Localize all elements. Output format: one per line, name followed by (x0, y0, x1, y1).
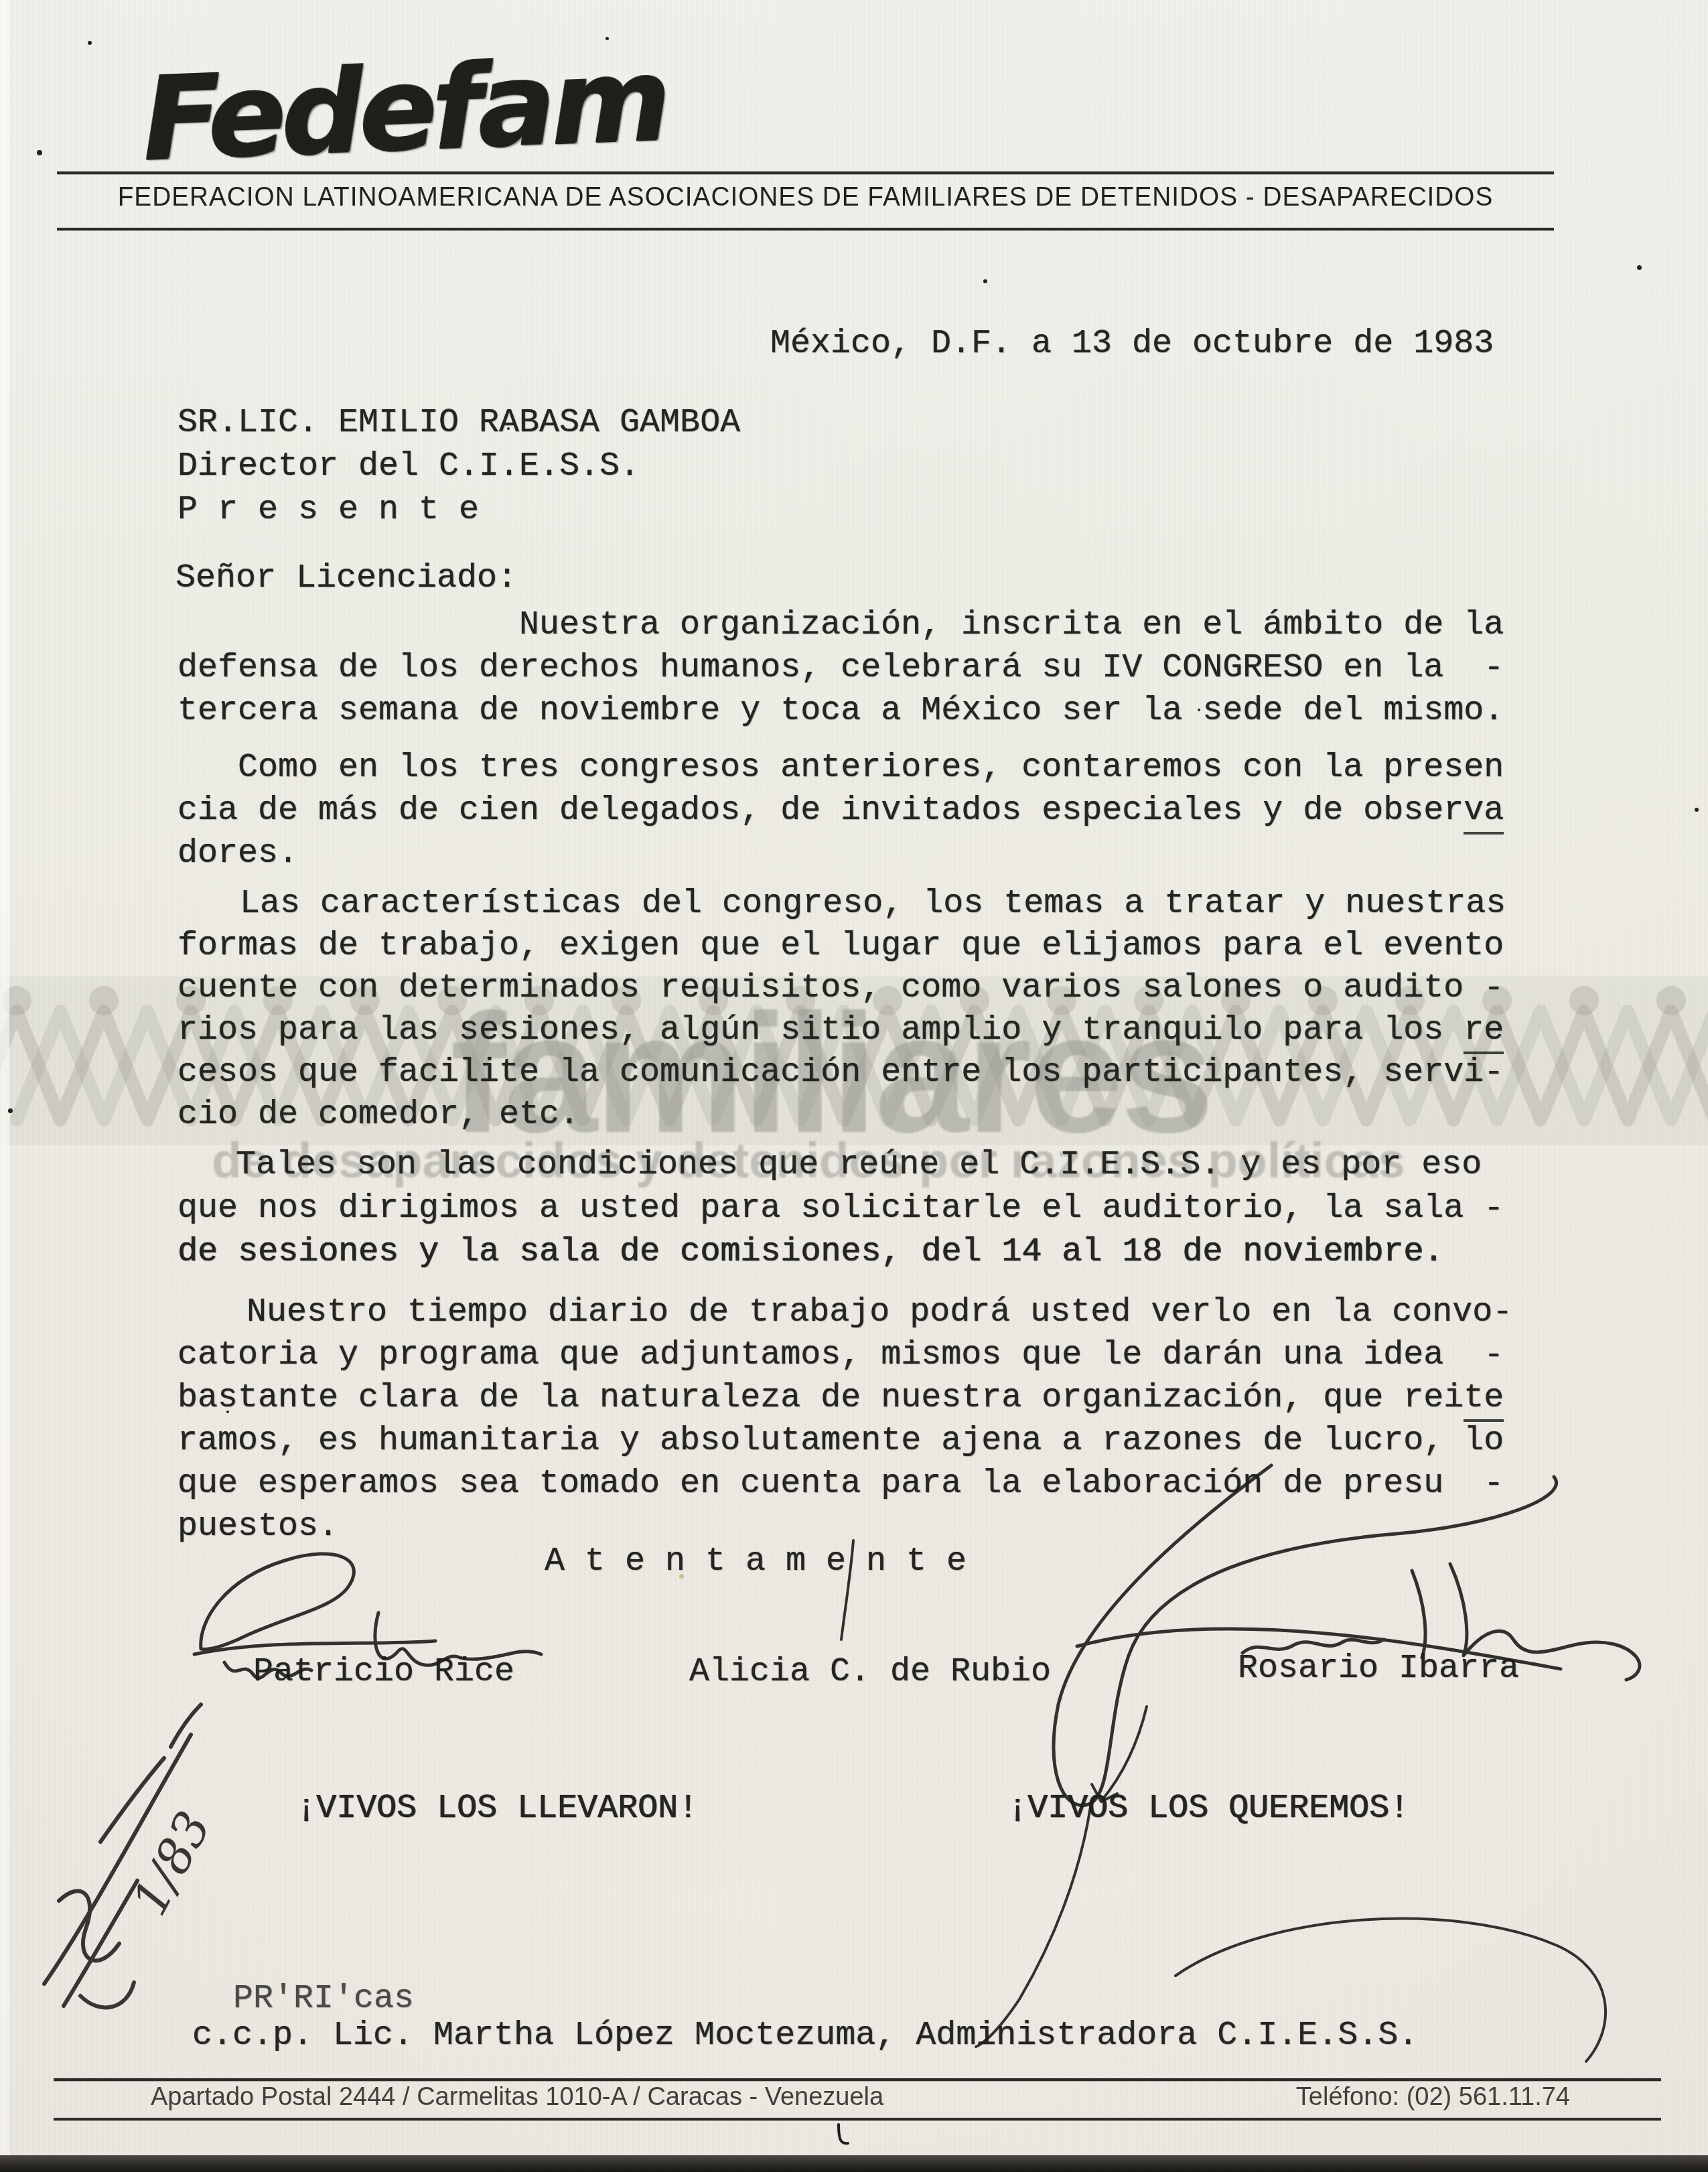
body-line: cia de más de cien delegados, de invitad… (177, 790, 1504, 832)
ink-speck (226, 1410, 229, 1413)
ink-speck (88, 41, 92, 45)
signer-name-alicia-de-rubio: Alicia C. de Rubio (689, 1651, 1051, 1693)
recipient-line-3: P r e s e n t e (177, 489, 479, 531)
footer-rule-bottom (54, 2118, 1661, 2120)
handwritten-note: 1/83 (44, 1705, 222, 2007)
body-line: dores. (177, 832, 298, 875)
body-line: cesos que facilite la comunicación entre… (177, 1052, 1504, 1094)
cc-line: c.c.p. Lic. Martha López Moctezuma, Admi… (192, 2015, 1418, 2057)
typist-initials: PR'RI'cas (233, 1978, 414, 2020)
body-line: que esperamos sea tomado en cuenta para … (177, 1463, 1504, 1505)
body-line: Nuestra organización, inscrita en el ámb… (519, 604, 1504, 646)
ink-speck (606, 37, 609, 40)
body-line: de sesiones y la sala de comisiones, del… (177, 1231, 1443, 1273)
body-line: catoria y programa que adjuntamos, mismo… (177, 1334, 1504, 1376)
footer-phone: Teléfono: (02) 561.11.74 (1296, 2083, 1570, 2112)
ink-speck (507, 427, 510, 430)
ink-speck (1637, 265, 1642, 270)
salutation: Señor Licenciado: (175, 557, 517, 599)
body-line: Tales son las condiciones que reúne el C… (236, 1144, 1482, 1186)
fedefam-logo: Fedefam (139, 31, 668, 186)
ink-speck (8, 1108, 13, 1113)
ink-speck (1695, 808, 1699, 812)
header-rule-top (57, 171, 1554, 174)
recipient-line-1: SR.LIC. EMILIO RABASA GAMBOA (177, 402, 740, 444)
body-line: bastante clara de la naturaleza de nuest… (177, 1377, 1504, 1419)
body-line: ramos, es humanitaria y absolutamente aj… (177, 1420, 1504, 1462)
footer-address: Apartado Postal 2444 / Carmelitas 1010-A… (151, 2083, 883, 2112)
ink-speck (37, 150, 42, 155)
body-line: defensa de los derechos humanos, celebra… (177, 647, 1504, 689)
body-line: cuente con determinados requisitos, como… (177, 967, 1504, 1009)
handwritten-note-text: 1/83 (121, 1802, 222, 1924)
body-line: cio de comedor, etc. (177, 1094, 579, 1136)
bottom-scan-band (0, 2155, 1708, 2172)
body-line: puestos. (177, 1506, 338, 1548)
scan-mark (839, 2124, 848, 2143)
dateline: México, D.F. a 13 de octubre de 1983 (770, 323, 1494, 365)
body-line: Las características del congreso, los te… (240, 883, 1506, 925)
footer-rule-top (54, 2078, 1661, 2081)
signer-name-rosario-ibarra: Rosario Ibarra (1238, 1648, 1519, 1690)
signer-name-patricio-rice: Patricio Rice (253, 1651, 514, 1693)
recipient-line-2: Director del C.I.E.S.S. (177, 445, 640, 488)
body-line: rios para las sesiones, algún sitio ampl… (177, 1009, 1504, 1052)
org-name: FEDERACION LATINOAMERICANA DE ASOCIACION… (80, 182, 1532, 212)
header-rule-bottom (57, 228, 1554, 230)
closing: A t e n t a m e n t e (545, 1540, 967, 1583)
body-line: Como en los tres congresos anteriores, c… (238, 747, 1504, 789)
ink-speck (162, 107, 169, 114)
slogan-left: ¡VIVOS LOS LLEVARON! (296, 1788, 698, 1830)
body-line: formas de trabajo, exigen que el lugar q… (177, 925, 1504, 967)
scan-left-edge (0, 0, 9, 2172)
ink-speck (983, 279, 987, 283)
body-line: tercera semana de noviembre y toca a Méx… (177, 690, 1504, 732)
body-line: Nuestro tiempo diario de trabajo podrá u… (246, 1291, 1512, 1333)
slogan-right: ¡VIVOS LOS QUEREMOS! (1007, 1788, 1409, 1830)
scanned-letter-page: Fedefam FEDERACION LATINOAMERICANA DE AS… (0, 0, 1708, 2172)
ink-speck (1198, 709, 1200, 711)
body-line: que nos dirigimos a usted para solicitar… (177, 1187, 1504, 1230)
ink-speck (679, 1574, 684, 1579)
